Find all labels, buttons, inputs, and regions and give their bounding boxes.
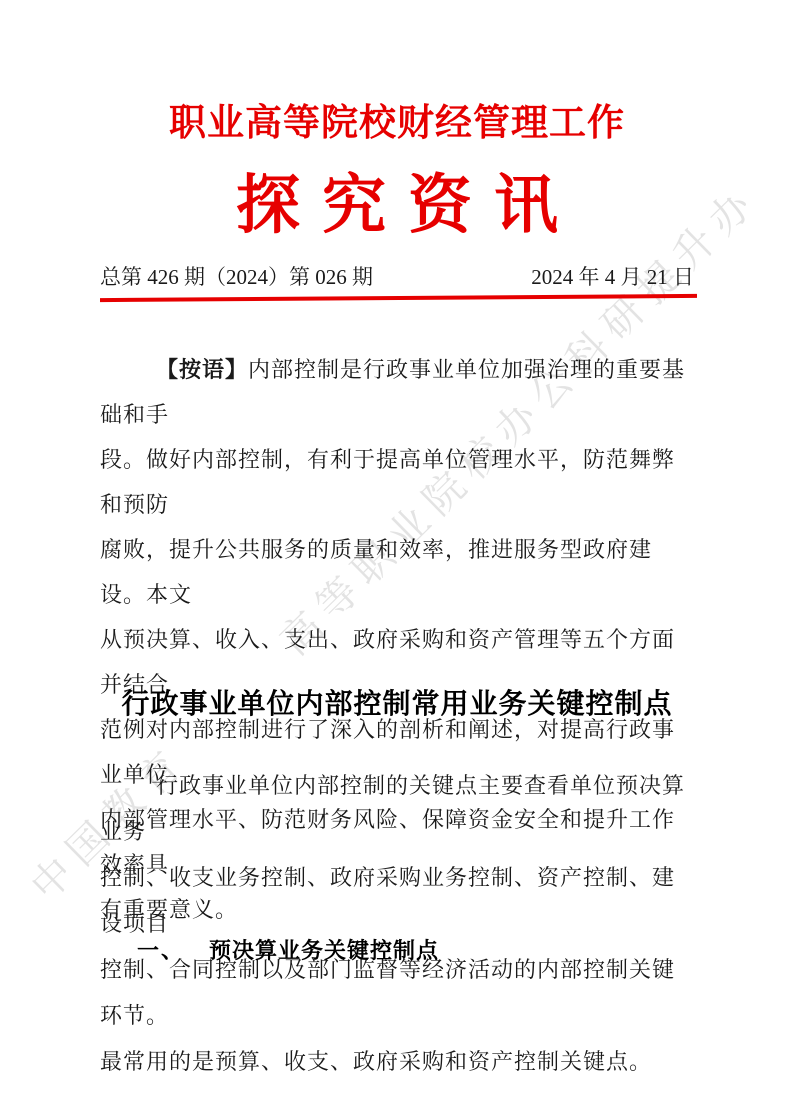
section-heading-1: 一、 预决算业务关键控制点 — [137, 934, 439, 965]
editor-note-first-line: 【按语】内部控制是行政事业单位加强治理的重要基础和手 — [100, 347, 694, 437]
text-line: 段。做好内部控制，有利于提高单位管理水平，防范舞弊和预防 — [100, 437, 694, 527]
editor-note-label: 【按语】 — [156, 357, 248, 382]
masthead-title-line1: 职业高等院校财经管理工作 — [0, 92, 794, 146]
masthead-red-rule — [100, 294, 697, 302]
masthead-title-line2: 探究资讯 — [0, 154, 794, 246]
issue-number: 总第 426 期（2024）第 026 期 — [100, 261, 373, 291]
document-page: 中国教育 高等职业院校办公科研提升办 职业高等院校财经管理工作 探究资讯 总第 … — [0, 0, 794, 1108]
article-first-line: 行政事业单位内部控制的关键点主要查看单位预决算业务 — [100, 763, 694, 855]
text-line: 腐败，提升公共服务的质量和效率，推进服务型政府建设。本文 — [100, 527, 694, 617]
article-lines: 控制、收支业务控制、政府采购业务控制、资产控制、建设项目控制、合同控制以及部门监… — [100, 855, 694, 1085]
section-title: 预决算业务关键控制点 — [209, 934, 439, 965]
issue-date: 2024 年 4 月 21 日 — [531, 261, 694, 291]
article-paragraph: 行政事业单位内部控制的关键点主要查看单位预决算业务 控制、收支业务控制、政府采购… — [100, 763, 694, 1085]
text-line: 最常用的是预算、收支、政府采购和资产控制关键点。 — [100, 1039, 694, 1085]
issue-row: 总第 426 期（2024）第 026 期 2024 年 4 月 21 日 — [100, 261, 694, 291]
section-number: 一、 — [137, 934, 185, 965]
article-heading: 行政事业单位内部控制常用业务关键控制点 — [0, 682, 794, 722]
